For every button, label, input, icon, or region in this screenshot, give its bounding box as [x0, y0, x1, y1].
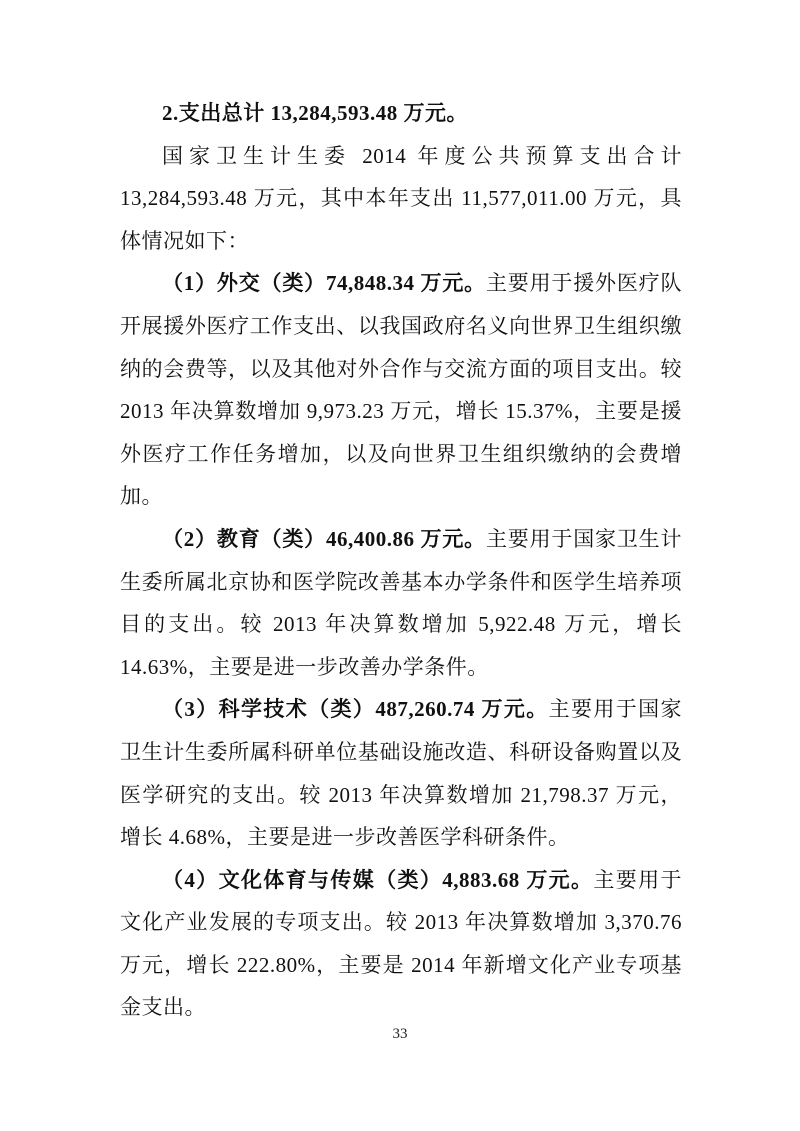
page-number: 33 [0, 1026, 800, 1043]
document-page: 2.支出总计 13,284,593.48 万元。 国家卫生计生委 2014 年度… [0, 0, 800, 1131]
intro-paragraph: 国家卫生计生委 2014 年度公共预算支出合计 13,284,593.48 万元… [120, 135, 682, 263]
paragraph-text: 主要用于援外医疗队开展援外医疗工作支出、以我国政府名义向世界卫生组织缴纳的会费等… [120, 271, 682, 508]
paragraph-lead: （4）文化体育与传媒（类）4,883.68 万元。 [162, 868, 593, 892]
section-heading: 2.支出总计 13,284,593.48 万元。 [120, 92, 682, 135]
paragraph-culture-sports-media: （4）文化体育与传媒（类）4,883.68 万元。主要用于文化产业发展的专项支出… [120, 859, 682, 1029]
paragraph-lead: （3）科学技术（类）487,260.74 万元。 [162, 697, 549, 721]
paragraph-foreign-affairs: （1）外交（类）74,848.34 万元。主要用于援外医疗队开展援外医疗工作支出… [120, 262, 682, 518]
paragraph-lead: （1）外交（类）74,848.34 万元。 [162, 271, 486, 295]
paragraph-lead: （2）教育（类）46,400.86 万元。 [162, 527, 486, 551]
paragraph-science-technology: （3）科学技术（类）487,260.74 万元。主要用于国家卫生计生委所属科研单… [120, 688, 682, 858]
document-body: 2.支出总计 13,284,593.48 万元。 国家卫生计生委 2014 年度… [120, 92, 682, 1029]
paragraph-education: （2）教育（类）46,400.86 万元。主要用于国家卫生计生委所属北京协和医学… [120, 518, 682, 688]
